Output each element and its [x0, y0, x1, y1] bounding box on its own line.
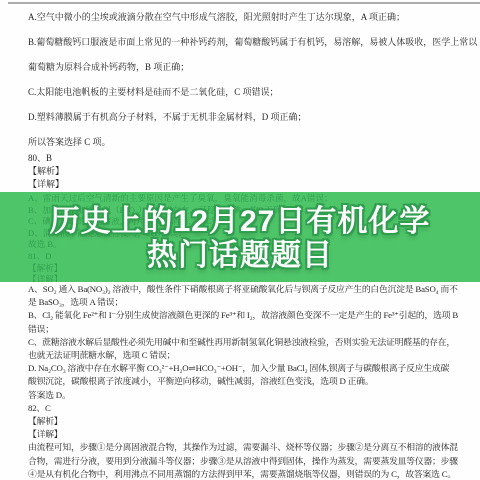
- analysis-label: 【解析】: [28, 415, 468, 428]
- detail-label: 【详解】: [28, 178, 468, 191]
- answer-line: A、SO₂ 通入 Ba(NO₃)₂ 溶液中，酸性条件下硝酸根离子将亚硫酸氧化后与…: [28, 283, 468, 296]
- answer-conclusion-line: 答案选 D。: [28, 389, 468, 402]
- answer-line: 酸钡沉淀，碳酸根离子浓度减小，平衡逆向移动，碱性减弱，溶液红色变浅，选项 D 正…: [28, 375, 468, 388]
- answer-line: 由流程可知，步骤①是分离固液混合物，其操作为过滤，需要漏斗、烧杯等仪器；步骤②是…: [28, 441, 468, 454]
- answer-line: 错误；: [28, 323, 468, 336]
- banner-title-line-1: 历史上的12月27日有机化学: [50, 205, 431, 239]
- answer-line: ④是从有机化合物中，利用沸点不同用蒸馏的方法得到甲苯，需要蒸馏烧瓶等仪器，则错误…: [28, 468, 468, 480]
- answer-line: 是 BaSO₃，选项 A 错误；: [28, 296, 468, 309]
- answer-line: 也就无法证明蔗糖水解，选项 C 错误；: [28, 349, 468, 362]
- exam-answer-document-page: A.空气中微小的尘埃或液滴分散在空气中形成气溶胶，阳光照射时产生丁达尔现象，A …: [0, 0, 480, 480]
- analysis-label: 【解析】: [28, 165, 468, 178]
- question-81-82-answer-section: A、SO₂ 通入 Ba(NO₃)₂ 溶液中，酸性条件下硝酸根离子将亚硫酸氧化后与…: [28, 283, 468, 480]
- answer-line: B、Cl₂ 能氧化 Fe²⁺和 I⁻分别生成使溶液颜色更深的 Fe³⁺和 I₂，…: [28, 309, 468, 322]
- answer-line: C、蔗糖溶液水解后显酸性必须先用碱中和至碱性再用新制氢氧化铜悬浊液检验，否则实验…: [28, 336, 468, 349]
- answer-line: 葡萄糖为原料合成补钙药物，B 项正确；: [28, 55, 468, 80]
- question-number-answer: 82、C: [28, 402, 468, 415]
- answer-line: 合物，需进行分液，要用到分液漏斗等仪器；步骤③是从溶液中得到固体，操作为蒸发，需…: [28, 455, 468, 468]
- answer-line: A.空气中微小的尘埃或液滴分散在空气中形成气溶胶，阳光照射时产生丁达尔现象，A …: [28, 5, 468, 30]
- green-title-banner-overlay: A、雷雨天过后空气清新的主要原因是产生了臭氧，臭氧能消毒杀菌，故A错误； B、加…: [0, 192, 480, 282]
- banner-title-line-2: 热门话题题目: [147, 239, 333, 273]
- banner-title: 历史上的12月27日有机化学 热门话题题目: [0, 192, 480, 282]
- answer-line: C.太阳能电池帆板的主要材料是硅而不是二氧化硅，C 项错误；: [28, 80, 468, 105]
- answer-line: D. Na₂CO₃ 溶液中存在水解平衡 CO₃²⁻+H₂O⇌HCO₃⁻+OH⁻，…: [28, 362, 468, 375]
- question-79-answer-section: A.空气中微小的尘埃或液滴分散在空气中形成气溶胶，阳光照射时产生丁达尔现象，A …: [28, 5, 468, 155]
- detail-label: 【详解】: [28, 428, 468, 441]
- answer-line: D.塑料薄膜属于有机高分子材料，不属于无机非金属材料，D 项正确；: [28, 105, 468, 130]
- top-divider-rule: [8, 2, 480, 4]
- question-number-answer: 80、B: [28, 152, 468, 165]
- answer-line: B.葡萄糖酸钙口服液是市面上常见的一种补钙药剂，葡萄糖酸钙属于有机钙，易溶解，易…: [28, 30, 468, 55]
- question-80-header-section: 80、B 【解析】 【详解】: [28, 152, 468, 191]
